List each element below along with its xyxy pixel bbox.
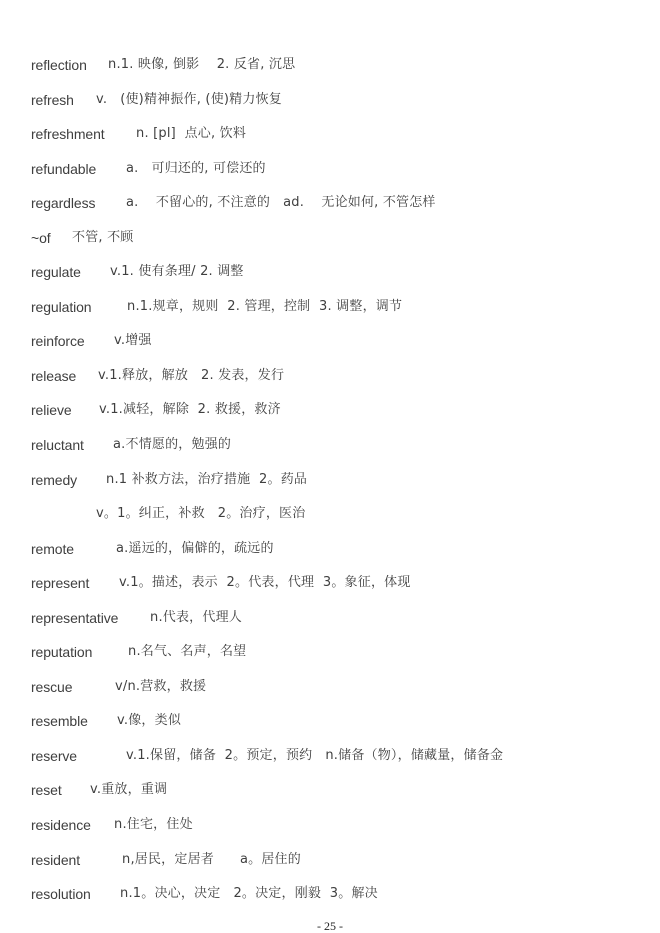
entry-definition: n.1 补救方法，治疗措施 2。药品 [106, 470, 307, 490]
entry-word: regardless [31, 193, 95, 213]
vocabulary-entry: releasev.1.释放，解放 2. 发表，发行 [0, 366, 660, 386]
entry-definition: v.1。描述，表示 2。代表，代理 3。象征，体现 [119, 573, 411, 593]
entry-word: resemble [31, 711, 88, 731]
page-number: - 25 - [0, 919, 660, 933]
vocabulary-entry: ~of不管, 不顾 [0, 228, 660, 248]
entry-definition: v.像，类似 [117, 711, 181, 731]
entry-definition: n.名气、名声，名望 [128, 642, 246, 662]
vocabulary-entry: remedyn.1 补救方法，治疗措施 2。药品 [0, 470, 660, 490]
vocabulary-entry: refundablea. 可归还的, 可偿还的 [0, 159, 660, 179]
entry-word: resolution [31, 884, 91, 904]
entry-word: represent [31, 573, 89, 593]
entry-word: residence [31, 815, 91, 835]
entry-word: reflection [31, 55, 87, 75]
entry-word: reluctant [31, 435, 84, 455]
vocabulary-entry: residentn,居民，定居者 a。居住的 [0, 850, 660, 870]
entry-word: relieve [31, 400, 72, 420]
entry-word: refresh [31, 90, 74, 110]
entry-word: reinforce [31, 331, 85, 351]
entry-word: remedy [31, 470, 77, 490]
entry-word: refreshment [31, 124, 105, 144]
vocabulary-entry: representativen.代表，代理人 [0, 608, 660, 628]
vocabulary-entry: refreshmentn. [pl] 点心, 饮料 [0, 124, 660, 144]
entry-word: representative [31, 608, 118, 628]
entry-definition: n.代表，代理人 [150, 608, 242, 628]
entry-word: ~of [31, 228, 51, 248]
vocabulary-entry: reflectionn.1. 映像, 倒影 2. 反省, 沉思 [0, 55, 660, 75]
entry-definition: v.1.减轻，解除 2. 救援，救济 [99, 400, 281, 420]
entry-definition: n. [pl] 点心, 饮料 [136, 124, 246, 144]
vocabulary-entry: reputationn.名气、名声，名望 [0, 642, 660, 662]
vocabulary-entry: resolutionn.1。决心，决定 2。决定，刚毅 3。解决 [0, 884, 660, 904]
vocabulary-entry: residencen.住宅，住处 [0, 815, 660, 835]
vocabulary-entry: refreshv. (使)精神振作, (使)精力恢复 [0, 90, 660, 110]
entry-definition: n.1. 映像, 倒影 2. 反省, 沉思 [108, 55, 295, 75]
entry-word: regulation [31, 297, 92, 317]
entry-definition: a.遥远的，偏僻的，疏远的 [116, 539, 274, 559]
entry-definition: a. 不留心的, 不注意的 ad. 无论如何, 不管怎样 [126, 193, 436, 213]
entry-definition: a. 可归还的, 可偿还的 [126, 159, 266, 179]
vocabulary-entry: reluctanta.不情愿的，勉强的 [0, 435, 660, 455]
entry-definition: n.住宅，住处 [114, 815, 193, 835]
vocabulary-entry: resemblev.像，类似 [0, 711, 660, 731]
vocabulary-entry: regardlessa. 不留心的, 不注意的 ad. 无论如何, 不管怎样 [0, 193, 660, 213]
vocabulary-entry: relievev.1.减轻，解除 2. 救援，救济 [0, 400, 660, 420]
entry-definition: n.1。决心，决定 2。决定，刚毅 3。解决 [120, 884, 378, 904]
vocabulary-entry: rescuev/n.营救，救援 [0, 677, 660, 697]
vocabulary-entry: reservev.1.保留，储备 2。预定，预约 n.储备（物），储藏量，储备金 [0, 746, 660, 766]
entry-definition: a.不情愿的，勉强的 [113, 435, 231, 455]
entry-definition: v.重放，重调 [90, 780, 167, 800]
entry-definition: v.增强 [114, 331, 152, 351]
entry-definition: 不管, 不顾 [72, 228, 133, 248]
vocabulary-entry: resetv.重放，重调 [0, 780, 660, 800]
entry-word: resident [31, 850, 80, 870]
vocabulary-entry: remotea.遥远的，偏僻的，疏远的 [0, 539, 660, 559]
entry-definition: n.1.规章，规则 2. 管理，控制 3. 调整，调节 [127, 297, 402, 317]
entry-definition: v.1. 使有条理/ 2. 调整 [110, 262, 244, 282]
entry-definition: v.1.释放，解放 2. 发表，发行 [98, 366, 284, 386]
entry-word: remote [31, 539, 74, 559]
vocabulary-entry: regulationn.1.规章，规则 2. 管理，控制 3. 调整，调节 [0, 297, 660, 317]
document-page: reflectionn.1. 映像, 倒影 2. 反省, 沉思refreshv.… [0, 0, 660, 933]
entry-word: reputation [31, 642, 92, 662]
vocabulary-entry: v。1。纠正，补救 2。治疗，医治 [0, 504, 660, 524]
entry-definition: v. (使)精神振作, (使)精力恢复 [96, 90, 282, 110]
vocabulary-entry: regulatev.1. 使有条理/ 2. 调整 [0, 262, 660, 282]
entry-word: regulate [31, 262, 81, 282]
entry-definition: v.1.保留，储备 2。预定，预约 n.储备（物），储藏量，储备金 [126, 746, 503, 766]
entry-definition: n,居民，定居者 a。居住的 [122, 850, 301, 870]
entry-word: refundable [31, 159, 96, 179]
entry-word: release [31, 366, 76, 386]
entry-word: rescue [31, 677, 72, 697]
entry-definition: v。1。纠正，补救 2。治疗，医治 [96, 504, 305, 524]
entry-word: reserve [31, 746, 77, 766]
entry-definition: v/n.营救，救援 [115, 677, 206, 697]
entry-word: reset [31, 780, 62, 800]
vocabulary-entry: representv.1。描述，表示 2。代表，代理 3。象征，体现 [0, 573, 660, 593]
vocabulary-entry: reinforcev.增强 [0, 331, 660, 351]
